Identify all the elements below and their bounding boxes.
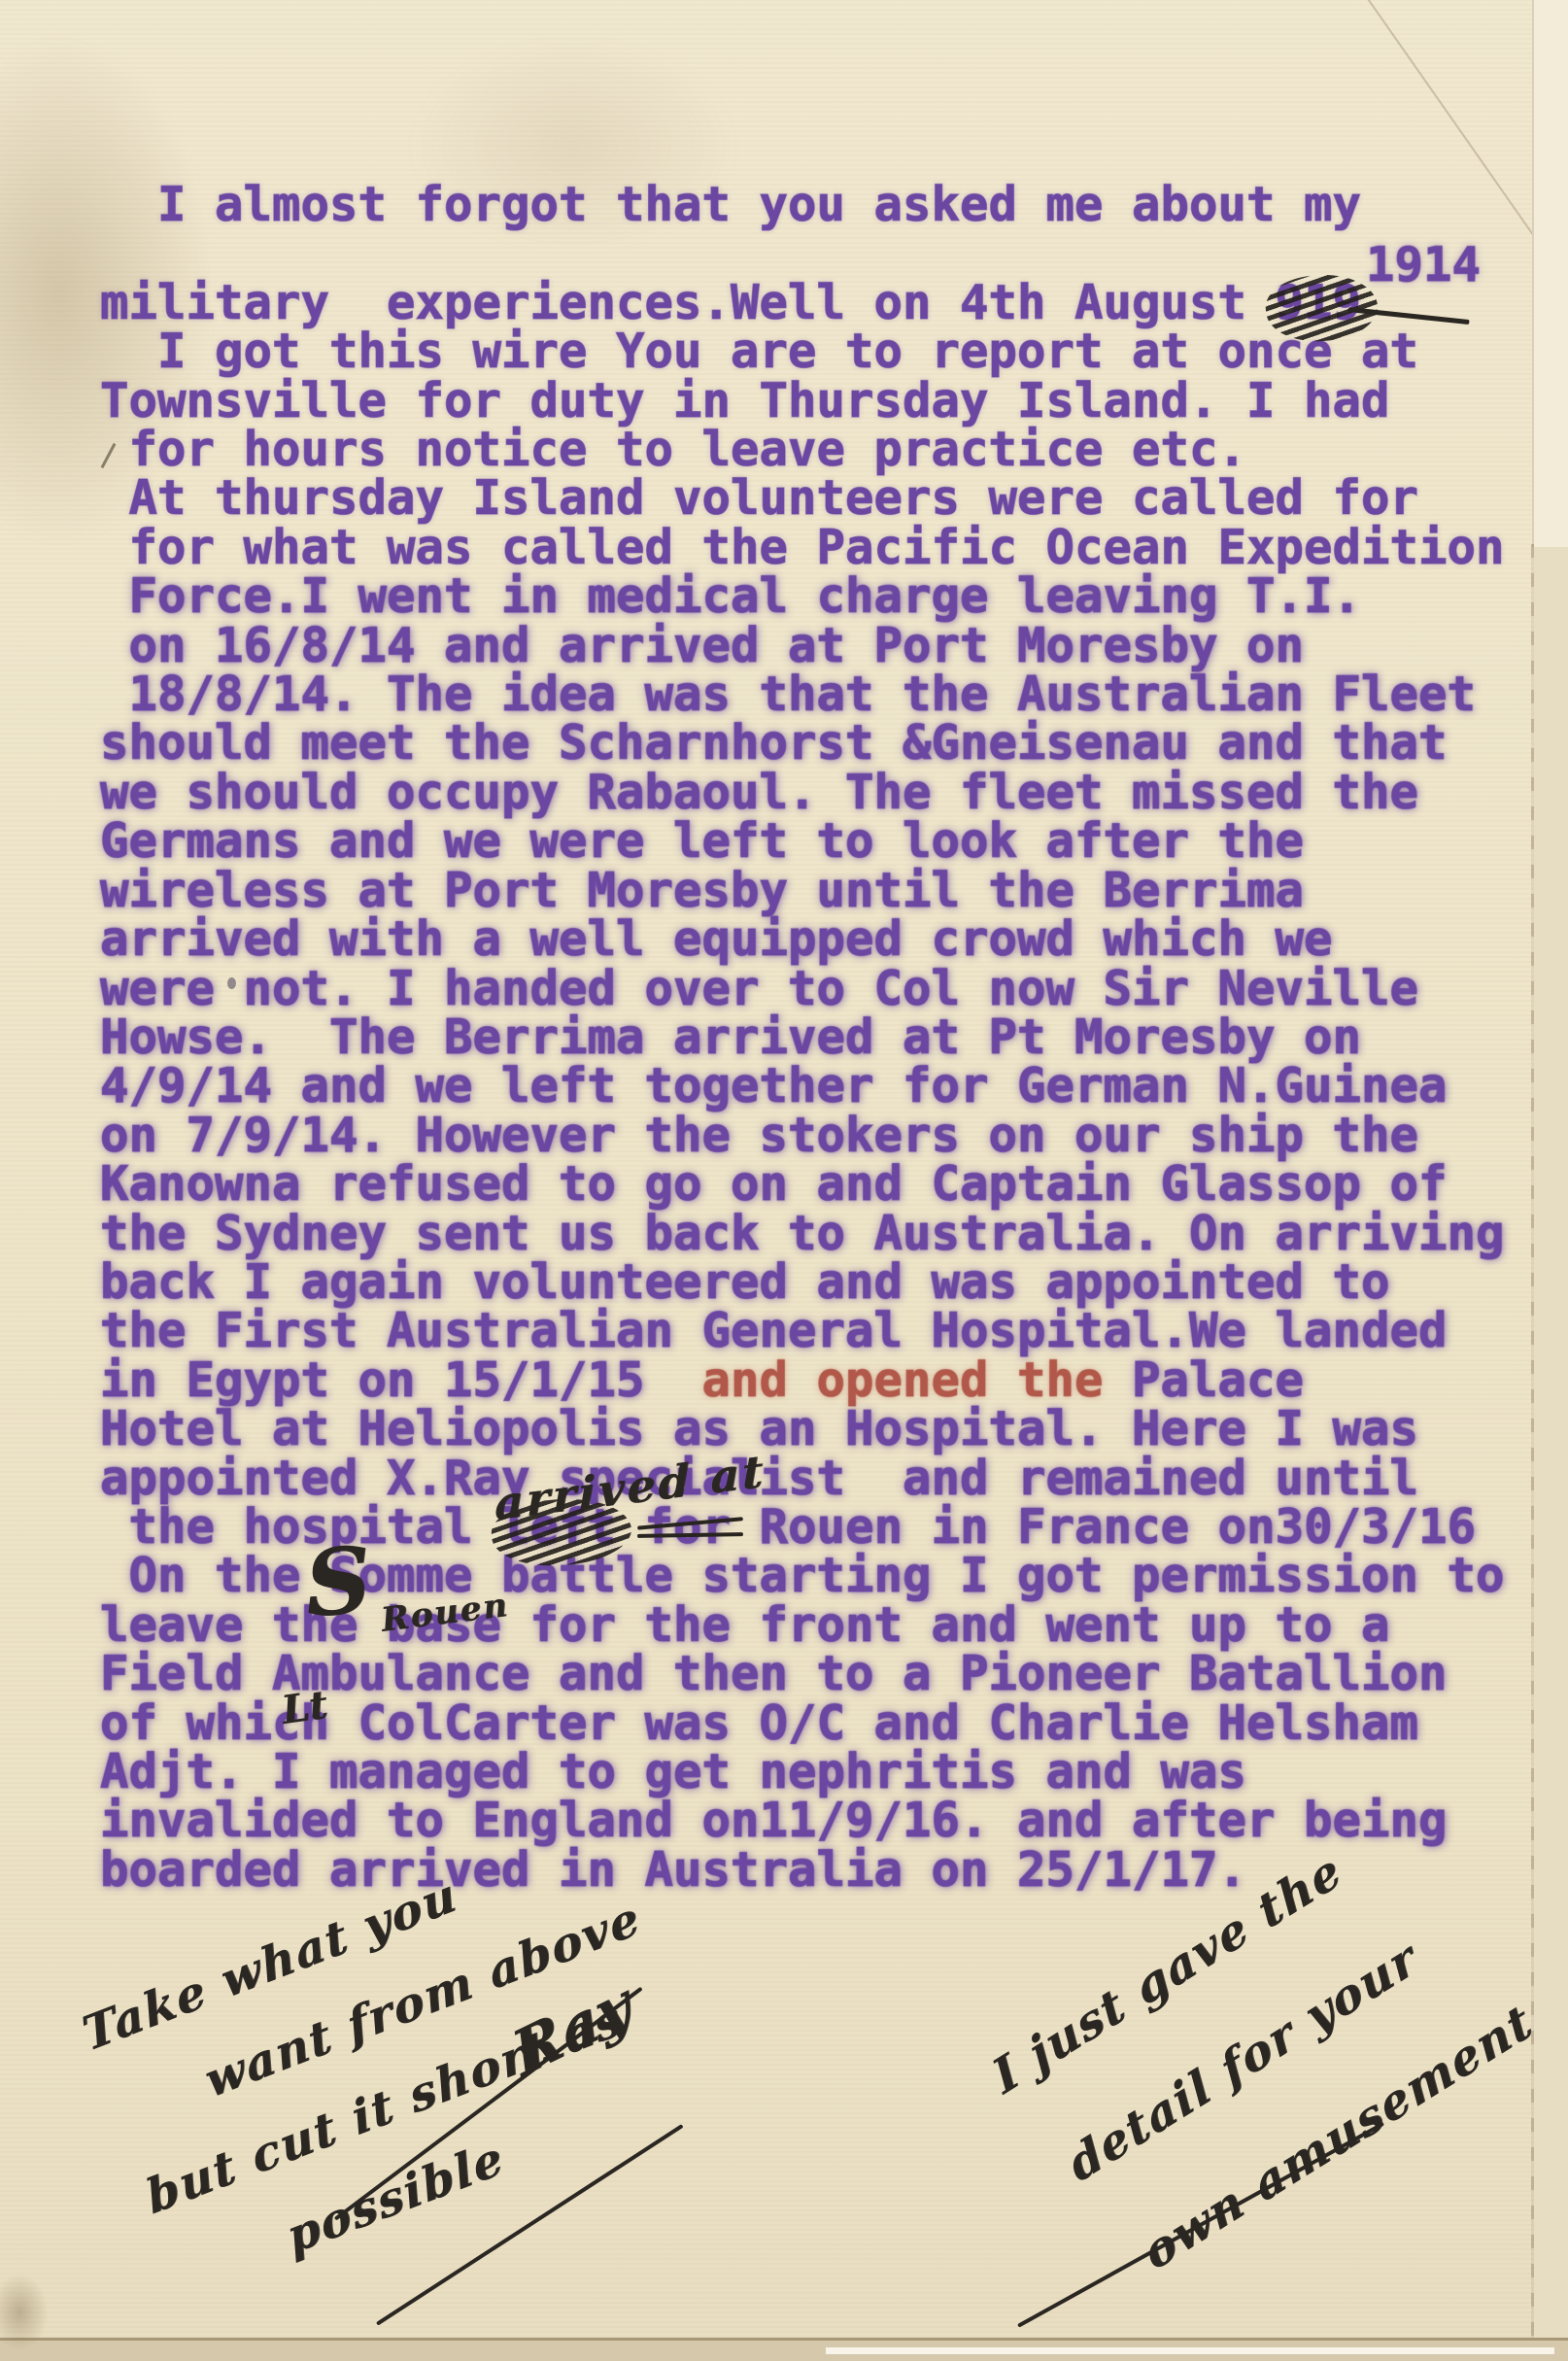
typed-segment: 18/8/14. The idea was that the Australia… <box>100 667 1476 722</box>
typed-line: Germans and we were left to look after t… <box>100 817 1505 866</box>
typed-line: arrived with a well equipped crowd which… <box>100 915 1505 964</box>
typed-year-insertion: 1914 <box>1366 241 1481 289</box>
typed-segment: leave the base for the front and went up… <box>100 1597 1390 1653</box>
typed-segment: back I again volunteered and was appoint… <box>100 1254 1390 1310</box>
scan-bottom-sliver <box>826 2347 1554 2354</box>
typed-line: for what was called the Pacific Ocean Ex… <box>100 524 1505 572</box>
typed-segment: the Sydney sent us back to Australia. On… <box>100 1206 1505 1261</box>
typed-segment: Adjt. I managed to get nephritis and was <box>100 1744 1246 1799</box>
typed-line: I almost forgot that you asked me about … <box>100 181 1505 229</box>
typed-segment: Germans and we were left to look after t… <box>100 813 1304 869</box>
typed-segment: on 7/9/14. However the stokers on our sh… <box>100 1108 1418 1163</box>
typed-line: military experiences.Well on 4th August … <box>100 279 1505 327</box>
typed-segment: Townsville for duty in Thursday Island. … <box>100 373 1390 428</box>
letter-page: I almost forgot that you asked me about … <box>0 0 1568 2338</box>
typed-segment: invalided to England on11/9/16. and afte… <box>100 1793 1448 1848</box>
typed-line: for hours notice to leave practice etc. <box>100 426 1505 474</box>
paper-edge <box>1532 0 1568 547</box>
typed-segment: in Egypt on 15/1/15 <box>100 1352 702 1408</box>
typed-segment: for what was called the Pacific Ocean Ex… <box>100 520 1505 575</box>
typed-line: Adjt. I managed to get nephritis and was <box>100 1748 1505 1796</box>
typed-segment: I almost forgot that you asked me about … <box>100 177 1361 232</box>
typed-line: appointed X.Ray specialist and remained … <box>100 1454 1505 1503</box>
typed-segment-scribble: 919 <box>1276 279 1362 327</box>
typed-segment: we should occupy Rabaoul. The fleet miss… <box>100 765 1418 820</box>
handwritten-lt-insertion: Lt <box>279 1682 330 1733</box>
typed-line: the Sydney sent us back to Australia. On… <box>100 1210 1505 1258</box>
typed-segment: boarded arrived in Australia on 25/1/17. <box>100 1842 1246 1898</box>
typed-line: were not. I handed over to Col now Sir N… <box>100 965 1505 1013</box>
typed-line: back I again volunteered and was appoint… <box>100 1258 1505 1307</box>
typed-segment: the hospital <box>100 1499 501 1555</box>
typed-segment: 4/9/14 and we left together for German N… <box>100 1058 1448 1113</box>
typed-segment: At thursday Island volunteers were calle… <box>100 470 1418 526</box>
typed-segment: for hours notice to leave practice etc. <box>100 422 1246 477</box>
corner-shadow <box>0 2274 49 2351</box>
typed-segment: were not. I handed over to Col now Sir N… <box>100 961 1418 1016</box>
typed-line: on 16/8/14 and arrived at Port Moresby o… <box>100 622 1505 670</box>
typed-line: on 7/9/14. However the stokers on our sh… <box>100 1112 1505 1160</box>
typed-line: At thursday Island volunteers were calle… <box>100 474 1505 523</box>
typed-line: the First Australian General Hospital.We… <box>100 1307 1505 1355</box>
typed-segment: arrived with a well equipped crowd which… <box>100 911 1333 967</box>
typed-line: Howse. The Berrima arrived at Pt Moresby… <box>100 1013 1505 1062</box>
typed-segment: on 16/8/14 and arrived at Port Moresby o… <box>100 618 1304 673</box>
typed-segment: should meet the Scharnhorst &Gneisenau a… <box>100 715 1448 770</box>
typed-segment: wireless at Port Moresby until the Berri… <box>100 863 1304 918</box>
typed-segment: Howse. The Berrima arrived at Pt Moresby… <box>100 1009 1361 1065</box>
scanned-document: { "document": { "kind": "typed letter sc… <box>0 0 1568 2361</box>
typed-line: 18/8/14. The idea was that the Australia… <box>100 670 1505 719</box>
typed-line <box>100 229 1505 278</box>
typed-segment: Force.I went in medical charge leaving T… <box>100 568 1361 624</box>
typed-line: Kanowna refused to go on and Captain Gla… <box>100 1160 1505 1209</box>
typed-segment: Palace <box>1132 1352 1304 1408</box>
typed-line: should meet the Scharnhorst &Gneisenau a… <box>100 719 1505 768</box>
typed-segment-red: and opened the <box>702 1352 1133 1408</box>
typed-line: Force.I went in medical charge leaving T… <box>100 572 1505 621</box>
typed-line: 4/9/14 and we left together for German N… <box>100 1062 1505 1111</box>
typed-line: wireless at Port Moresby until the Berri… <box>100 867 1505 915</box>
typed-segment: the First Australian General Hospital.We… <box>100 1303 1448 1358</box>
typed-line: Townsville for duty in Thursday Island. … <box>100 377 1505 426</box>
typed-line: in Egypt on 15/1/15 and opened the Palac… <box>100 1356 1505 1405</box>
handwritten-capital-s: S <box>301 1527 374 1638</box>
typed-segment: military experiences.Well on 4th August <box>100 275 1276 330</box>
typed-segment: I got this wire You are to report at onc… <box>100 324 1418 379</box>
typed-line: Hotel at Heliopolis as an Hospital. Here… <box>100 1405 1505 1454</box>
typed-segment: Kanowna refused to go on and Captain Gla… <box>100 1156 1448 1212</box>
ink-speck <box>227 977 236 989</box>
typed-segment: Rouen in France on30/3/16 <box>731 1499 1476 1555</box>
typed-line: we should occupy Rabaoul. The fleet miss… <box>100 769 1505 817</box>
